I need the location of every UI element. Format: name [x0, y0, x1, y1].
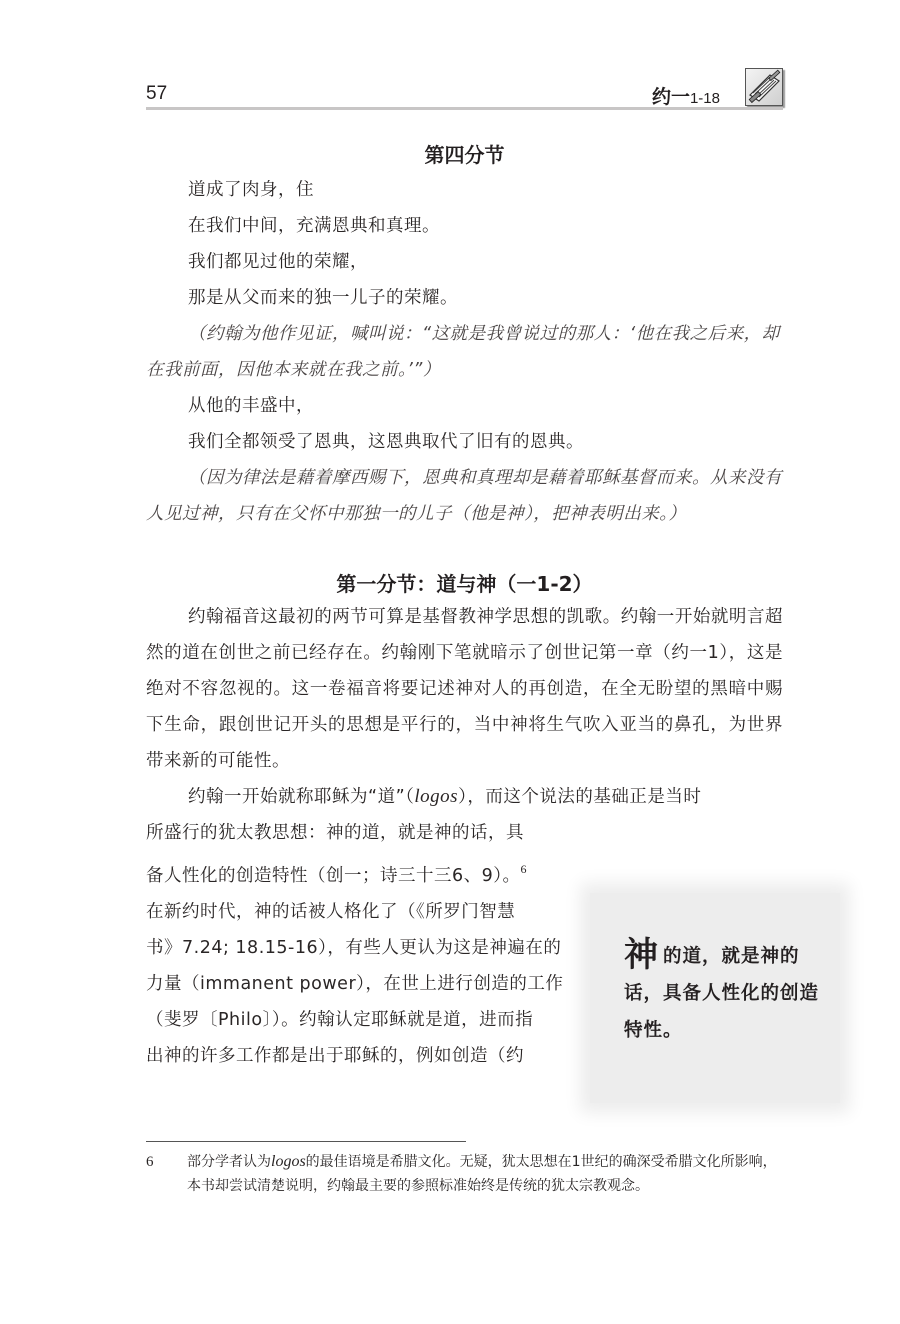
verse-line: 道成了肉身，住 [146, 172, 783, 208]
body-paragraph: 约翰一开始就称耶稣为“道”（logos），而这个说法的基础正是当时 [146, 779, 783, 815]
running-head: 约一1-18 [652, 82, 720, 109]
running-head-book: 约一 [652, 86, 690, 108]
term-logos: logos [271, 1153, 306, 1170]
body-paragraph: 约翰福音这最初的两节可算是基督教神学思想的凯歌。约翰一开始就明言超然的道在创世之… [146, 599, 783, 779]
text-run: 约翰一开始就称耶稣为“道”（ [188, 787, 414, 807]
footnote-rule [146, 1141, 466, 1142]
scroll-book-icon [745, 68, 783, 106]
body-line: 书》7.24; 18.15-16），有些人更认为这是神遍在的 [146, 930, 571, 966]
scripture-aside: （因为律法是藉着摩西赐下，恩典和真理却是藉着耶稣基督而来。从来没有人见过神，只有… [146, 460, 783, 532]
footnote: 6 部分学者认为logos的最佳语境是希腊文化。无疑，犹太思想在1世纪的确深受希… [146, 1150, 783, 1198]
header-rule [146, 107, 783, 110]
body-line: 所盛行的犹太教思想：神的道，就是神的话，具 [146, 815, 571, 851]
body-line: （斐罗〔Philo〕）。约翰认定耶稣就是道，进而指 [146, 1002, 571, 1038]
pull-quote-text: 神的道，就是神的话，具备人性化的创造特性。 [624, 937, 824, 1049]
text-run: 备人性化的创造特性（创一；诗三十三6、9）。 [146, 866, 521, 886]
verse-line: 从他的丰盛中， [146, 388, 783, 424]
page-number: 57 [146, 83, 167, 105]
verse-line: 在我们中间，充满恩典和真理。 [146, 208, 783, 244]
body-line: 力量（immanent power），在世上进行创造的工作 [146, 966, 571, 1002]
section-title-1: 第一分节：道与神（一1-2） [146, 569, 783, 599]
pull-quote: 神的道，就是神的话，具备人性化的创造特性。 [590, 893, 840, 1103]
verse-line: 那是从父而来的独一儿子的荣耀。 [146, 280, 783, 316]
verse-line: 我们全都领受了恩典，这恩典取代了旧有的恩典。 [146, 424, 783, 460]
text-run: 部分学者认为 [187, 1154, 271, 1170]
wrapped-text: 所盛行的犹太教思想：神的道，就是神的话，具 备人性化的创造特性（创一；诗三十三6… [146, 815, 571, 1074]
body-line: 出神的许多工作都是出于耶稣的，例如创造（约 [146, 1038, 571, 1074]
body-line: 在新约时代，神的话被人格化了（《所罗门智慧 [146, 894, 571, 930]
footnote-number: 6 [146, 1150, 154, 1174]
running-head-ref: 1-18 [690, 90, 720, 107]
scripture-aside: （约翰为他作见证，喊叫说：“这就是我曾说过的那人：‘他在我之后来，却在我前面，因… [146, 316, 783, 388]
text-run: ），而这个说法的基础正是当时 [458, 787, 701, 807]
section-title-4: 第四分节 [146, 140, 783, 170]
footnote-marker[interactable]: 6 [521, 862, 528, 876]
page-header: 57 约一1-18 [146, 66, 783, 110]
term-logos: logos [414, 786, 458, 807]
pull-quote-initial: 神 [624, 935, 659, 975]
footnote-text: 部分学者认为logos的最佳语境是希腊文化。无疑，犹太思想在1世纪的确深受希腊文… [187, 1150, 783, 1198]
book-page: 57 约一1-18 第四分节 道成了肉身，住 在我们中间，充满恩典和真理。 我们… [0, 0, 900, 1324]
body-line: 备人性化的创造特性（创一；诗三十三6、9）。6 [146, 851, 571, 894]
verse-line: 我们都见过他的荣耀， [146, 244, 783, 280]
scripture-passage: 道成了肉身，住 在我们中间，充满恩典和真理。 我们都见过他的荣耀， 那是从父而来… [146, 172, 783, 532]
